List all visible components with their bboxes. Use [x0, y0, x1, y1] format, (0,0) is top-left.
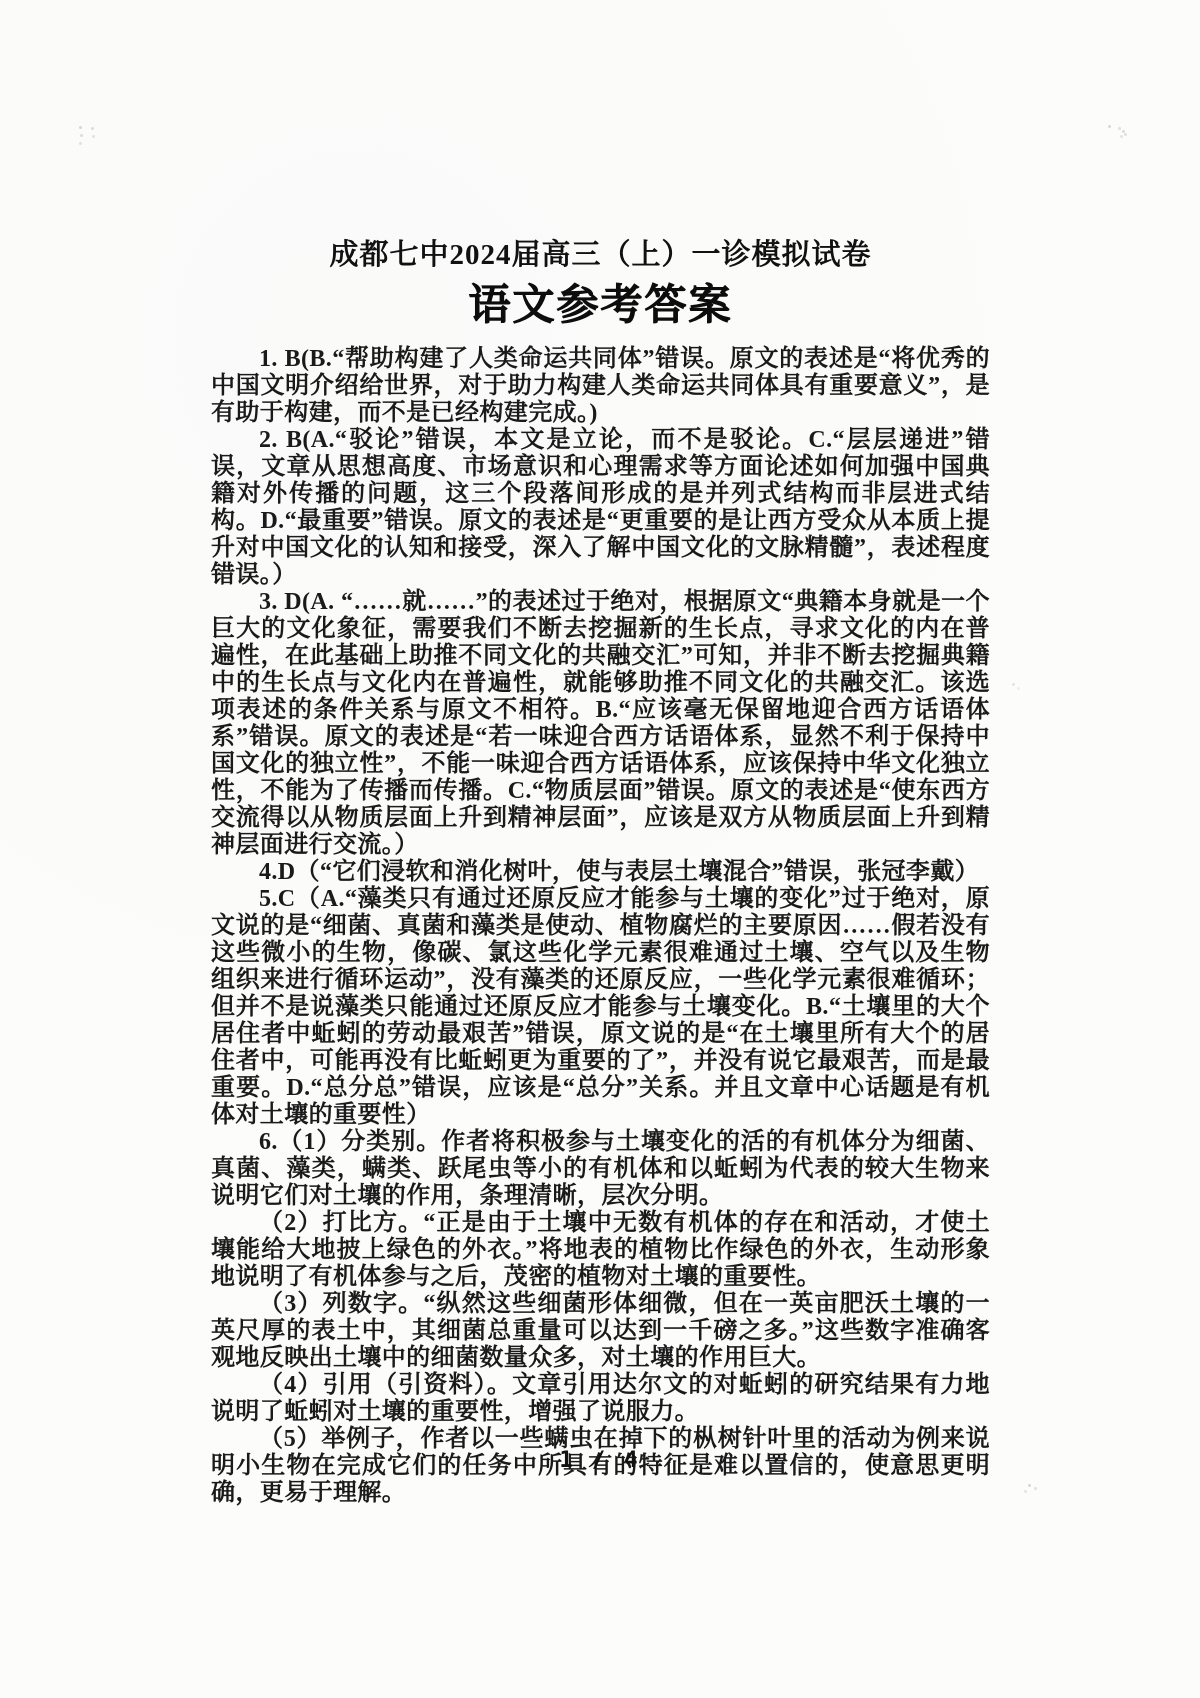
answer-paragraph-3: 3. D(A. “……就……”的表述过于绝对，根据原文“典籍本身就是一个巨大的文… [211, 589, 990, 859]
scan-speckle [1028, 1484, 1031, 1487]
answers-content: 1. B(B.“帮助构建了人类命运共同体”错误。原文的表述是“将优秀的中国文明介… [211, 346, 990, 1507]
scan-speckle [79, 126, 82, 129]
answer-paragraph-4: 4.D（“它们浸软和消化树叶，使与表层土壤混合”错误，张冠李戴） [211, 859, 990, 886]
answer-paragraph-9: （4）引用（引资料）。文章引用达尔文的对蚯蚓的研究结果有力地说明了蚯蚓对土壤的重… [211, 1372, 990, 1426]
scanned-answer-page: 成都七中2024届高三（上）一诊模拟试卷 语文参考答案 1. B(B.“帮助构建… [0, 0, 1200, 1698]
answer-paragraph-1: 1. B(B.“帮助构建了人类命运共同体”错误。原文的表述是“将优秀的中国文明介… [211, 346, 990, 427]
answer-heading: 语文参考答案 [211, 282, 990, 330]
scan-speckle [1108, 125, 1111, 128]
answer-paragraph-2: 2. B(A.“驳论”错误，本文是立论，而不是驳论。C.“层层递进”错误，文章从… [211, 427, 990, 589]
page-number: 1 / 4 [0, 1448, 1200, 1473]
answer-paragraph-6: 6.（1）分类别。作者将积极参与土壤变化的活的有机体分为细菌、真菌、藻类，螨类、… [211, 1129, 990, 1210]
answer-paragraph-8: （3）列数字。“纵然这些细菌形体细微，但在一英亩肥沃土壤的一英尺厚的表土中，其细… [211, 1291, 990, 1372]
scan-speckle [1012, 683, 1015, 686]
exam-title: 成都七中2024届高三（上）一诊模拟试卷 [211, 238, 990, 272]
document-body: 成都七中2024届高三（上）一诊模拟试卷 语文参考答案 1. B(B.“帮助构建… [211, 238, 990, 1507]
answer-paragraph-5: 5.C（A.“藻类只有通过还原反应才能参与土壤的变化”过于绝对，原文说的是“细菌… [211, 886, 990, 1129]
answer-paragraph-7: （2）打比方。“正是由于土壤中无数有机体的存在和活动，才使土壤能给大地披上绿色的… [211, 1210, 990, 1291]
